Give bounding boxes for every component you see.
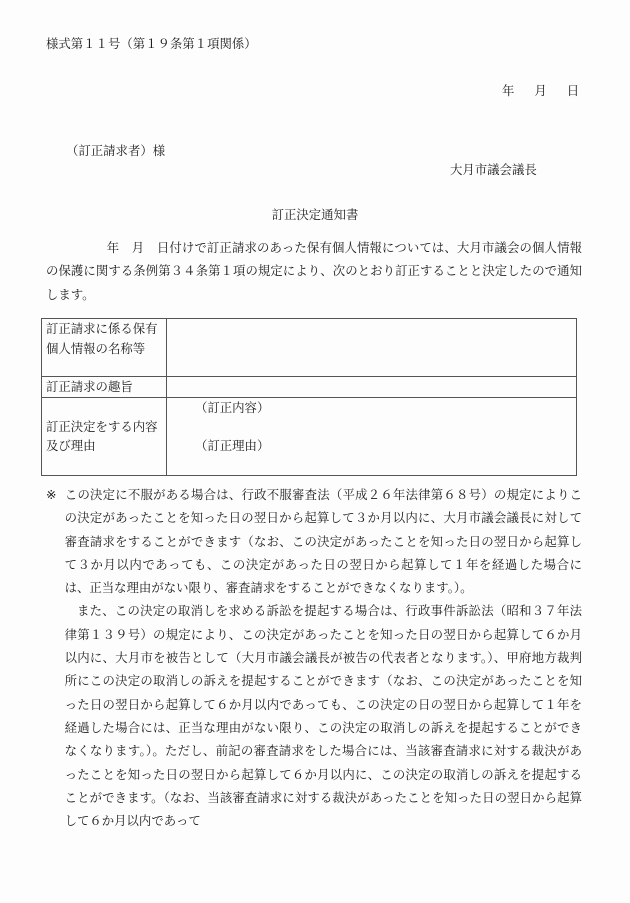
date-day: 日 xyxy=(567,81,579,99)
date-month: 月 xyxy=(534,81,546,99)
date-line: 年月日 xyxy=(502,81,579,99)
document-title: 訂正決定通知書 xyxy=(0,205,630,223)
note-appeal-text: この決定に不服がある場合は、行政不服審査法（平成２６年法律第６８号）の規定により… xyxy=(65,487,582,595)
sender: 大月市議会議長 xyxy=(450,160,537,178)
row-content: （訂正内容） （訂正理由） xyxy=(167,397,577,475)
row-content xyxy=(167,377,577,398)
table-row: 訂正決定をする内容及び理由 （訂正内容） （訂正理由） xyxy=(42,397,577,475)
date-year: 年 xyxy=(502,81,514,99)
note-mark: ※ xyxy=(46,483,65,506)
correction-reason-label: （訂正理由） xyxy=(195,436,572,456)
row-content xyxy=(167,319,577,377)
row-label: 訂正請求の趣旨 xyxy=(42,377,167,398)
correction-content-label: （訂正内容） xyxy=(195,398,572,418)
row-label: 訂正請求に係る保有個人情報の名称等 xyxy=(42,319,167,377)
table-row: 訂正請求に係る保有個人情報の名称等 xyxy=(42,319,577,377)
form-number: 様式第１１号（第１９条第１項関係） xyxy=(46,34,257,52)
body-paragraph: 年 月 日付けで訂正請求のあった保有個人情報については、大月市議会の個人情報の保… xyxy=(46,236,582,306)
info-table: 訂正請求に係る保有個人情報の名称等 訂正請求の趣旨 訂正決定をする内容及び理由 … xyxy=(41,318,577,476)
table-row: 訂正請求の趣旨 xyxy=(42,377,577,398)
notes-section: ※この決定に不服がある場合は、行政不服審査法（平成２６年法律第６８号）の規定によ… xyxy=(46,483,582,832)
note-appeal: ※この決定に不服がある場合は、行政不服審査法（平成２６年法律第６８号）の規定によ… xyxy=(46,483,582,599)
recipient: （訂正請求者）様 xyxy=(66,141,165,159)
row-label: 訂正決定をする内容及び理由 xyxy=(42,397,167,475)
note-lawsuit: また、この決定の取消しを求める訴訟を提起する場合は、行政事件訴訟法（昭和３７年法… xyxy=(46,599,582,832)
